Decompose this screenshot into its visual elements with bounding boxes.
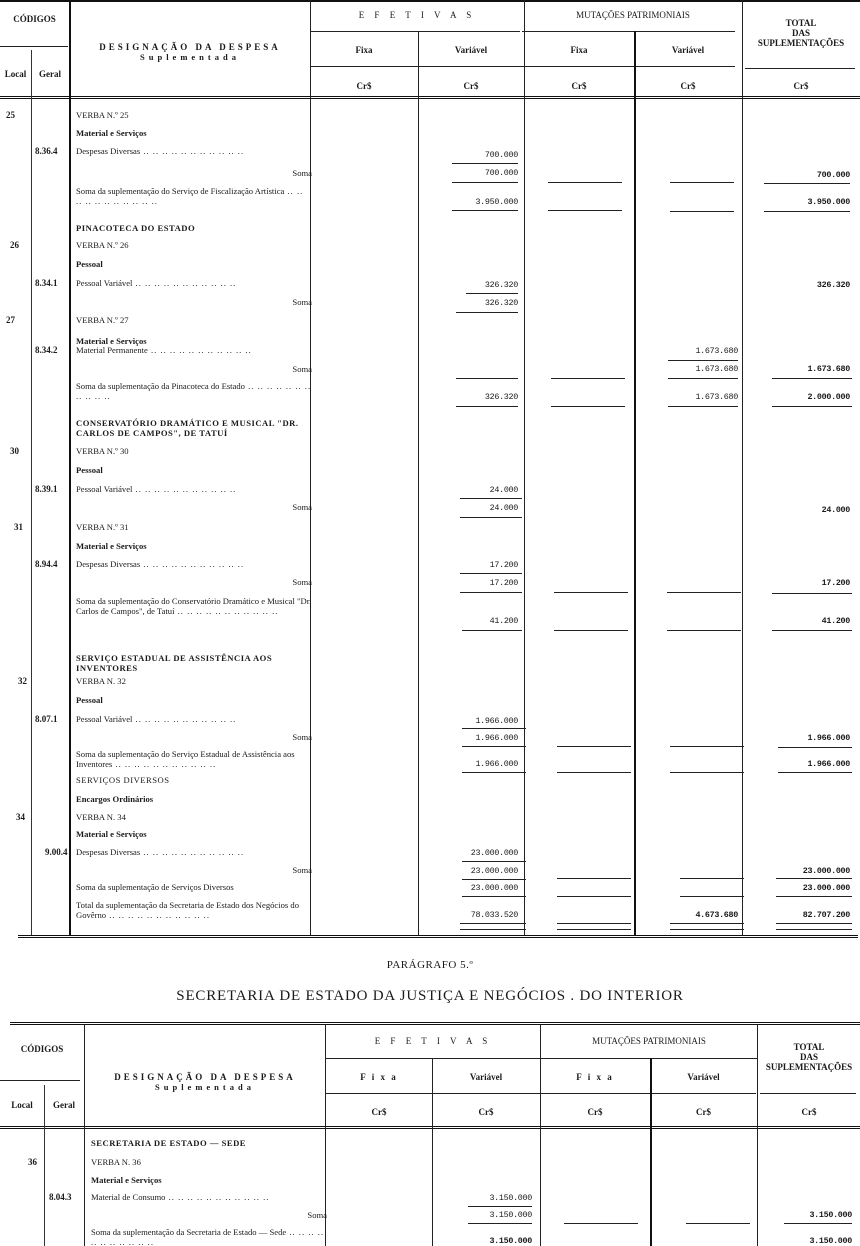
total-value: 1.966.000 (746, 733, 850, 743)
header-efetivas: E F E T I V A S (326, 1036, 540, 1046)
total-value: 24.000 (746, 505, 850, 515)
currency-mut-fixa: Cr$ (540, 1107, 650, 1117)
ef-var-value: 78.033.520 (420, 910, 518, 920)
sum-rule (772, 593, 852, 594)
header-geral: Geral (31, 69, 69, 79)
item-desc: Pessoal Variável (76, 278, 312, 288)
sum-rule (460, 573, 522, 574)
total-value: 1.673.680 (746, 364, 850, 374)
local-code: 27 (6, 315, 15, 325)
section-heading: SERVIÇO ESTADUAL DE ASSISTÊNCIA AOS INVE… (76, 653, 312, 673)
geral-code: 8.94.4 (35, 559, 58, 569)
header-total-3: SUPLEMENTAÇÕES (742, 38, 860, 48)
codigos-divider (0, 1080, 80, 1081)
category-label: Pessoal (76, 259, 312, 269)
verba-label: VERBA N.º 25 (76, 110, 312, 120)
mut-var-value: 4.673.680 (636, 910, 738, 920)
header-total-2: DAS (742, 28, 860, 38)
geral-code: 8.07.1 (35, 714, 58, 724)
table-top-rule (0, 0, 860, 2)
sum-rule (776, 878, 852, 879)
verba-label: VERBA N. 32 (76, 676, 312, 686)
total-divider (745, 68, 855, 69)
verba-label: VERBA N.º 27 (76, 315, 312, 325)
sum-rule (554, 630, 628, 631)
sum-rule (772, 630, 852, 631)
sum-rule (668, 406, 738, 407)
currency-mut-variavel: Cr$ (650, 1107, 757, 1117)
verba-label: VERBA N.º 26 (76, 240, 312, 250)
header-designacao: DESIGNAÇÃO DA DESPESA (85, 1072, 325, 1082)
subtotal-desc: Soma da suplementação do Serviço de Fisc… (76, 186, 312, 206)
currency-ef-fixa: Cr$ (310, 81, 418, 91)
sum-rule (668, 378, 738, 379)
item-desc: Pessoal Variável (76, 484, 312, 494)
sum-rule (460, 498, 522, 499)
sum-rule (670, 772, 744, 773)
total-value: 3.950.000 (746, 197, 850, 207)
sum-rule (554, 592, 628, 593)
ef-var-value: 24.000 (420, 485, 518, 495)
mutacoes-divider (540, 1058, 758, 1059)
soma-label: Soma (91, 1210, 327, 1220)
sum-rule (548, 210, 622, 211)
sum-rule (456, 312, 518, 313)
header-suplementada: Suplementada (85, 1082, 325, 1092)
col-sep-efetivas (524, 0, 525, 935)
sum-rule (776, 896, 852, 897)
category-label: Material e Serviços (76, 541, 312, 551)
sum-rule (778, 772, 852, 773)
codigos-divider (0, 46, 68, 47)
sum-rule (460, 923, 526, 924)
category-label: Material e Serviços (91, 1175, 327, 1185)
table-top-rule (10, 1022, 860, 1025)
sum-rule (778, 747, 852, 748)
col-sep-mutacoes (742, 0, 743, 935)
ef-var-value: 17.200 (420, 578, 518, 588)
total-value: 2.000.000 (746, 392, 850, 402)
sum-rule (557, 878, 631, 879)
header-mutacoes: MUTAÇÕES PATRIMONIAIS (540, 1036, 758, 1046)
total-value: 23.000.000 (746, 866, 850, 876)
sum-rule (667, 630, 741, 631)
ef-var-value: 41.200 (420, 616, 518, 626)
sum-rule (557, 923, 631, 924)
header-efetivas: E F E T I V A S (310, 10, 524, 20)
col-sep-mut-fixa (634, 31, 636, 935)
sum-rule (764, 211, 850, 212)
total-value: 3.150.000 (758, 1210, 852, 1220)
sum-rule (456, 378, 518, 379)
local-code: 36 (28, 1157, 37, 1167)
sum-rule (776, 929, 852, 930)
ef-var-value: 1.966.000 (420, 759, 518, 769)
mut-var-value: 1.673.680 (636, 346, 738, 356)
header-total-1: TOTAL (742, 18, 860, 28)
header-local: Local (0, 69, 31, 79)
header-ef-fixa: Fixa (310, 45, 418, 55)
ef-var-value: 23.000.000 (420, 883, 518, 893)
sum-rule (670, 746, 744, 747)
total-value: 3.150.000 (758, 1236, 852, 1246)
sum-rule (468, 1223, 532, 1224)
geral-code: 8.34.2 (35, 345, 58, 355)
header-ef-variavel: Variável (418, 45, 524, 55)
local-code: 25 (6, 110, 15, 120)
col-sep-geral (84, 1025, 85, 1246)
total-value: 700.000 (746, 170, 850, 180)
verba-label: VERBA N.º 30 (76, 446, 312, 456)
sum-rule (557, 746, 631, 747)
category-label: Material e Serviços (76, 128, 312, 138)
total-value: 17.200 (746, 578, 850, 588)
sum-rule (772, 406, 852, 407)
col-sep-geral (69, 0, 71, 935)
total-value: 1.966.000 (746, 759, 850, 769)
local-code: 32 (18, 676, 27, 686)
sum-rule (462, 772, 526, 773)
local-code: 31 (14, 522, 23, 532)
col-sep-efetivas (540, 1025, 541, 1246)
section-title: SECRETARIA DE ESTADO DA JUSTIÇA E NEGÓCI… (0, 988, 860, 1005)
subtotal-desc: Soma da suplementação da Secretaria de E… (91, 1227, 327, 1246)
category-label: Encargos Ordinários (76, 794, 312, 804)
sum-rule (557, 896, 631, 897)
sum-rule (551, 406, 625, 407)
local-code: 34 (16, 812, 25, 822)
header-total-3: SUPLEMENTAÇÕES (758, 1062, 860, 1072)
item-desc: Pessoal Variável (76, 714, 312, 724)
header-total-1: TOTAL (758, 1042, 860, 1052)
currency-total: Cr$ (742, 81, 860, 91)
category-label: Pessoal (76, 465, 312, 475)
category-label: Material e Serviços (76, 829, 312, 839)
ef-var-value: 23.000.000 (420, 848, 518, 858)
sum-rule (670, 211, 734, 212)
section-heading: SECRETARIA DE ESTADO — SEDE (91, 1138, 327, 1148)
sum-rule (686, 1223, 750, 1224)
verba-label: VERBA N.º 31 (76, 522, 312, 532)
ef-var-value: 3.150.000 (434, 1236, 532, 1246)
currency-ef-fixa: Cr$ (326, 1107, 432, 1117)
header-mut-variavel: Variável (634, 45, 742, 55)
header-mutacoes: MUTAÇÕES PATRIMONIAIS (524, 10, 742, 20)
header-ef-variavel: Variável (432, 1072, 540, 1082)
soma-label: Soma (76, 865, 312, 875)
sum-rule (460, 517, 522, 518)
ef-var-value: 3.150.000 (434, 1193, 532, 1203)
mut-var-value: 1.673.680 (636, 392, 738, 402)
subtotal-desc: Soma da suplementação de Serviços Divers… (76, 882, 312, 892)
geral-code: 8.04.3 (49, 1192, 72, 1202)
sum-rule (668, 360, 738, 361)
item-desc: Material de Consumo (91, 1192, 327, 1202)
header-mut-fixa: Fixa (524, 45, 634, 55)
section-heading: PINACOTECA DO ESTADO (76, 223, 312, 233)
subtotal-desc: Soma da suplementação do Serviço Estadua… (76, 749, 312, 769)
item-desc: Despesas Diversas (76, 847, 312, 857)
geral-code: 9.00.4 (45, 847, 68, 857)
header-local: Local (0, 1100, 44, 1110)
sum-rule (670, 182, 734, 183)
currency-total: Cr$ (758, 1107, 860, 1117)
sum-rule (462, 896, 526, 897)
sum-rule (462, 879, 526, 880)
sum-rule (462, 728, 526, 729)
sum-rule (670, 929, 744, 930)
sum-rule (452, 182, 518, 183)
header-ef-fixa: F i x a (326, 1072, 432, 1082)
col-sep-ef-fixa (418, 31, 419, 935)
header-bottom-rule (0, 96, 860, 99)
sum-rule (776, 923, 852, 924)
verba-label: VERBA N. 34 (76, 812, 312, 822)
soma-label: Soma (76, 297, 312, 307)
sum-rule (548, 182, 622, 183)
sum-rule (784, 1223, 852, 1224)
col-sep-ef-fixa (432, 1058, 433, 1246)
ef-var-value: 24.000 (420, 503, 518, 513)
sum-rule (462, 861, 526, 862)
total-divider (760, 1093, 856, 1094)
currency-mut-variavel: Cr$ (634, 81, 742, 91)
col-sep-mut-fixa (650, 1058, 652, 1246)
currency-mut-fixa: Cr$ (524, 81, 634, 91)
currency-ef-variavel: Cr$ (432, 1107, 540, 1117)
col-sep-local (31, 50, 32, 935)
geral-code: 8.36.4 (35, 146, 58, 156)
efetivas-divider (310, 31, 520, 32)
sum-rule (456, 406, 518, 407)
soma-label: Soma (76, 577, 312, 587)
section-heading: CONSERVATÓRIO DRAMÁTICO E MUSICAL "DR. C… (76, 418, 312, 438)
sum-rule (557, 929, 631, 930)
item-desc: Material Permanente (76, 345, 312, 355)
header-suplementada: Suplementada (70, 52, 310, 62)
paragraph-label: PARÁGRAFO 5.º (0, 959, 860, 971)
section-heading: SERVIÇOS DIVERSOS (76, 775, 312, 785)
local-code: 30 (10, 446, 19, 456)
efetivas-divider (326, 1058, 540, 1059)
item-desc: Despesas Diversas (76, 146, 312, 156)
header-total-2: DAS (758, 1052, 860, 1062)
header-bottom-rule (0, 1126, 860, 1129)
currency-ef-variavel: Cr$ (418, 81, 524, 91)
ef-var-value: 3.950.000 (420, 197, 518, 207)
sum-rule (670, 923, 744, 924)
verba-label: VERBA N. 36 (91, 1157, 327, 1167)
header-mut-variavel: Variável (650, 1072, 757, 1082)
ef-var-value: 3.150.000 (434, 1210, 532, 1220)
ef-var-value: 1.966.000 (420, 716, 518, 726)
sum-rule (764, 183, 850, 184)
geral-code: 8.34.1 (35, 278, 58, 288)
soma-label: Soma (76, 732, 312, 742)
sum-rule (460, 592, 522, 593)
mut-var-value: 1.673.680 (636, 364, 738, 374)
item-desc: Despesas Diversas (76, 559, 312, 569)
mutacoes-divider (522, 31, 735, 32)
sum-rule (551, 378, 625, 379)
ef-var-value: 326.320 (420, 298, 518, 308)
ef-var-value: 326.320 (420, 280, 518, 290)
ef-var-value: 326.320 (420, 392, 518, 402)
subtotal-desc: Soma da suplementação do Conservatório D… (76, 596, 312, 616)
subtotal-desc: Soma da suplementação da Pinacoteca do E… (76, 381, 312, 401)
total-value: 326.320 (746, 280, 850, 290)
subheader-divider (326, 1093, 756, 1094)
ef-var-value: 700.000 (420, 168, 518, 178)
table-bottom-rule (18, 935, 858, 938)
sum-rule (462, 746, 526, 747)
total-value: 41.200 (746, 616, 850, 626)
header-codigos: CÓDIGOS (0, 1044, 84, 1054)
geral-code: 8.39.1 (35, 484, 58, 494)
header-designacao: DESIGNAÇÃO DA DESPESA (70, 42, 310, 52)
ef-var-value: 1.966.000 (420, 733, 518, 743)
ef-var-value: 23.000.000 (420, 866, 518, 876)
header-codigos: CÓDIGOS (0, 14, 69, 24)
sum-rule (452, 163, 518, 164)
total-value: 82.707.200 (746, 910, 850, 920)
soma-label: Soma (76, 502, 312, 512)
header-mut-fixa: F i x a (540, 1072, 650, 1082)
grand-total-desc: Total da suplementação da Secretaria de … (76, 900, 312, 920)
sum-rule (772, 378, 852, 379)
header-geral: Geral (44, 1100, 84, 1110)
subheader-divider (310, 66, 735, 67)
category-label: Pessoal (76, 695, 312, 705)
ef-var-value: 17.200 (420, 560, 518, 570)
sum-rule (557, 772, 631, 773)
local-code: 26 (10, 240, 19, 250)
sum-rule (466, 293, 518, 294)
sum-rule (680, 896, 744, 897)
ef-var-value: 700.000 (420, 150, 518, 160)
soma-label: Soma (76, 364, 312, 374)
total-value: 23.000.000 (746, 883, 850, 893)
soma-label: Soma (76, 168, 312, 178)
sum-rule (452, 210, 518, 211)
sum-rule (460, 929, 526, 930)
sum-rule (680, 878, 744, 879)
sum-rule (564, 1223, 638, 1224)
sum-rule (462, 630, 522, 631)
sum-rule (468, 1206, 532, 1207)
sum-rule (667, 592, 741, 593)
